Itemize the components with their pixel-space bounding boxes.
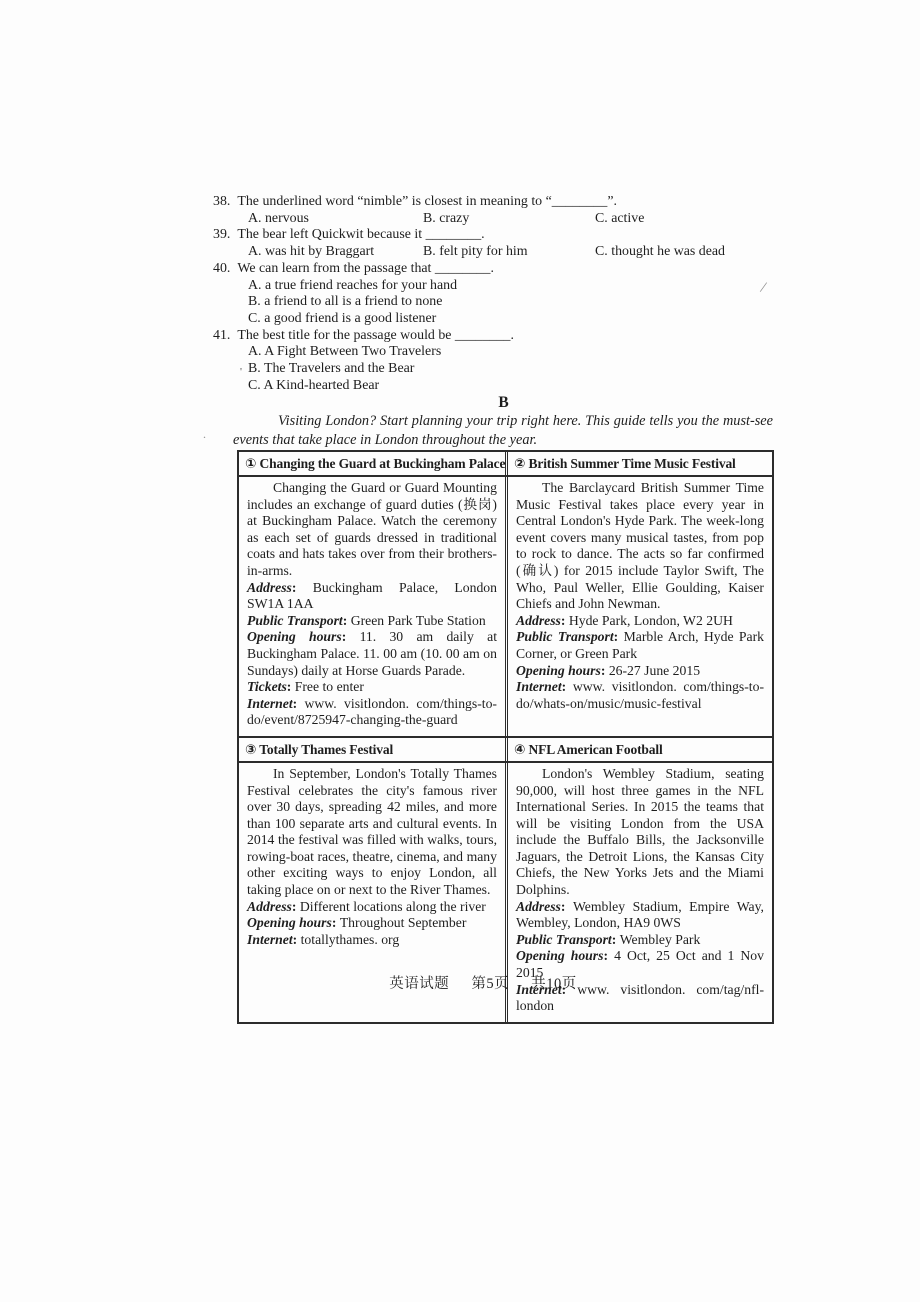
field-value: 26-27 June 2015: [609, 663, 700, 678]
question-38: 38.The underlined word “nimble” is close…: [213, 194, 798, 227]
event-field: Internetwww. visitlondon. com/things-to-…: [247, 696, 497, 729]
option: C. a good friend is a good listener: [213, 311, 798, 328]
field-label: Internet: [516, 679, 573, 694]
field-label: Opening hours: [516, 948, 614, 963]
section-intro: Visiting London? Start planning your tri…: [233, 412, 773, 450]
field-label: Opening hours: [247, 629, 360, 644]
event-title: ② British Summer Time Music Festival: [505, 452, 772, 475]
field-label: Internet: [247, 932, 301, 947]
question-text: The bear left Quickwit because it ______…: [237, 227, 484, 242]
event-field: Public TransportGreen Park Tube Station: [247, 613, 497, 630]
question-41: 41.The best title for the passage would …: [213, 328, 798, 395]
field-label: Address: [516, 899, 573, 914]
question-stem: 40.We can learn from the passage that __…: [213, 261, 798, 278]
event-field: Opening hoursThroughout September: [247, 915, 497, 932]
event-field: Opening hours26-27 June 2015: [516, 663, 764, 680]
footer-exam-title: 英语试题: [389, 976, 449, 992]
options-row: A. nervousB. crazyC. active: [213, 211, 798, 228]
field-label: Public Transport: [247, 613, 351, 628]
page-footer: 英语试题 第5页 共10页: [210, 972, 756, 993]
events-header-row: ① Changing the Guard at Buckingham Palac…: [239, 452, 772, 477]
event-fields: AddressWembley Stadium, Empire Way, Wemb…: [516, 899, 764, 1015]
question-stem: 39.The bear left Quickwit because it ___…: [213, 227, 798, 244]
question-40: 40.We can learn from the passage that __…: [213, 261, 798, 328]
question-stem: 38.The underlined word “nimble” is close…: [213, 194, 798, 211]
event-description: The Barclaycard British Summer Time Musi…: [516, 480, 764, 613]
events-table: ① Changing the Guard at Buckingham Palac…: [237, 450, 774, 1024]
event-fields: AddressDifferent locations along the riv…: [247, 899, 497, 949]
footer-page-number: 第5页: [471, 976, 509, 992]
field-label: Opening hours: [247, 915, 340, 930]
event-field: TicketsFree to enter: [247, 679, 497, 696]
field-label: Opening hours: [516, 663, 609, 678]
option: A. was hit by Braggart: [248, 244, 423, 261]
option: B. a friend to all is a friend to none: [213, 294, 798, 311]
field-value: Throughout September: [340, 915, 467, 930]
event-title: ① Changing the Guard at Buckingham Palac…: [239, 452, 505, 475]
field-label: Tickets: [247, 679, 295, 694]
question-text: The underlined word “nimble” is closest …: [237, 194, 617, 209]
question-number: 40.: [213, 261, 230, 276]
event-description: London's Wembley Stadium, seating 90,000…: [516, 766, 764, 899]
event-field: AddressBuckingham Palace, London SW1A 1A…: [247, 580, 497, 613]
event-cell: The Barclaycard British Summer Time Musi…: [505, 477, 772, 736]
options-row: A. was hit by BraggartB. felt pity for h…: [213, 244, 798, 261]
field-label: Address: [516, 613, 569, 628]
option: B. The Travelers and the Bear: [213, 361, 798, 378]
field-value: Hyde Park, London, W2 2UH: [569, 613, 733, 628]
option: C. active: [595, 211, 644, 228]
option: A. a true friend reaches for your hand: [213, 278, 798, 295]
options-list: A. A Fight Between Two TravelersB. The T…: [213, 344, 798, 394]
exam-page: 38.The underlined word “nimble” is close…: [0, 0, 920, 1302]
event-title: ④ NFL American Football: [505, 738, 772, 761]
field-label: Address: [247, 899, 300, 914]
option: B. crazy: [423, 211, 595, 228]
events-body-row: Changing the Guard or Guard Mounting inc…: [239, 477, 772, 736]
question-stem: 41.The best title for the passage would …: [213, 328, 798, 345]
question-number: 38.: [213, 194, 230, 209]
event-field: Internettotallythames. org: [247, 932, 497, 949]
event-field: AddressWembley Stadium, Empire Way, Wemb…: [516, 899, 764, 932]
event-fields: AddressHyde Park, London, W2 2UHPublic T…: [516, 613, 764, 713]
field-label: Address: [247, 580, 313, 595]
question-text: We can learn from the passage that _____…: [237, 261, 494, 276]
event-field: Opening hours11. 30 am daily at Buckingh…: [247, 629, 497, 679]
question-number: 39.: [213, 227, 230, 242]
question-39: 39.The bear left Quickwit because it ___…: [213, 227, 798, 260]
option: C. A Kind-hearted Bear: [213, 378, 798, 395]
field-value: Green Park Tube Station: [351, 613, 486, 628]
options-list: A. a true friend reaches for your handB.…: [213, 278, 798, 328]
event-fields: AddressBuckingham Palace, London SW1A 1A…: [247, 580, 497, 729]
events-header-row: ③ Totally Thames Festival④ NFL American …: [239, 736, 772, 763]
scan-artifact-mark: ': [240, 366, 242, 378]
field-label: Public Transport: [516, 932, 620, 947]
event-field: AddressHyde Park, London, W2 2UH: [516, 613, 764, 630]
question-text: The best title for the passage would be …: [237, 328, 514, 343]
field-value: Free to enter: [295, 679, 364, 694]
event-field: AddressDifferent locations along the riv…: [247, 899, 497, 916]
event-title: ③ Totally Thames Festival: [239, 738, 505, 761]
event-field: Public TransportWembley Park: [516, 932, 764, 949]
event-cell: Changing the Guard or Guard Mounting inc…: [239, 477, 505, 736]
event-description: Changing the Guard or Guard Mounting inc…: [247, 480, 497, 580]
footer-total-pages: 共10页: [531, 976, 577, 992]
section-b-heading: B: [237, 394, 770, 412]
question-number: 41.: [213, 328, 230, 343]
option: A. nervous: [248, 211, 423, 228]
scan-artifact-dot: .: [203, 427, 206, 442]
field-value: Different locations along the river: [300, 899, 486, 914]
option: B. felt pity for him: [423, 244, 595, 261]
field-label: Internet: [247, 696, 305, 711]
event-description: In September, London's Totally Thames Fe…: [247, 766, 497, 899]
event-field: Public TransportMarble Arch, Hyde Park C…: [516, 629, 764, 662]
field-value: totallythames. org: [301, 932, 400, 947]
option: C. thought he was dead: [595, 244, 725, 261]
field-label: Public Transport: [516, 629, 624, 644]
field-value: Wembley Park: [620, 932, 701, 947]
option: A. A Fight Between Two Travelers: [213, 344, 798, 361]
event-field: Internetwww. visitlondon. com/things-to-…: [516, 679, 764, 712]
questions-section: 38.The underlined word “nimble” is close…: [213, 194, 798, 394]
